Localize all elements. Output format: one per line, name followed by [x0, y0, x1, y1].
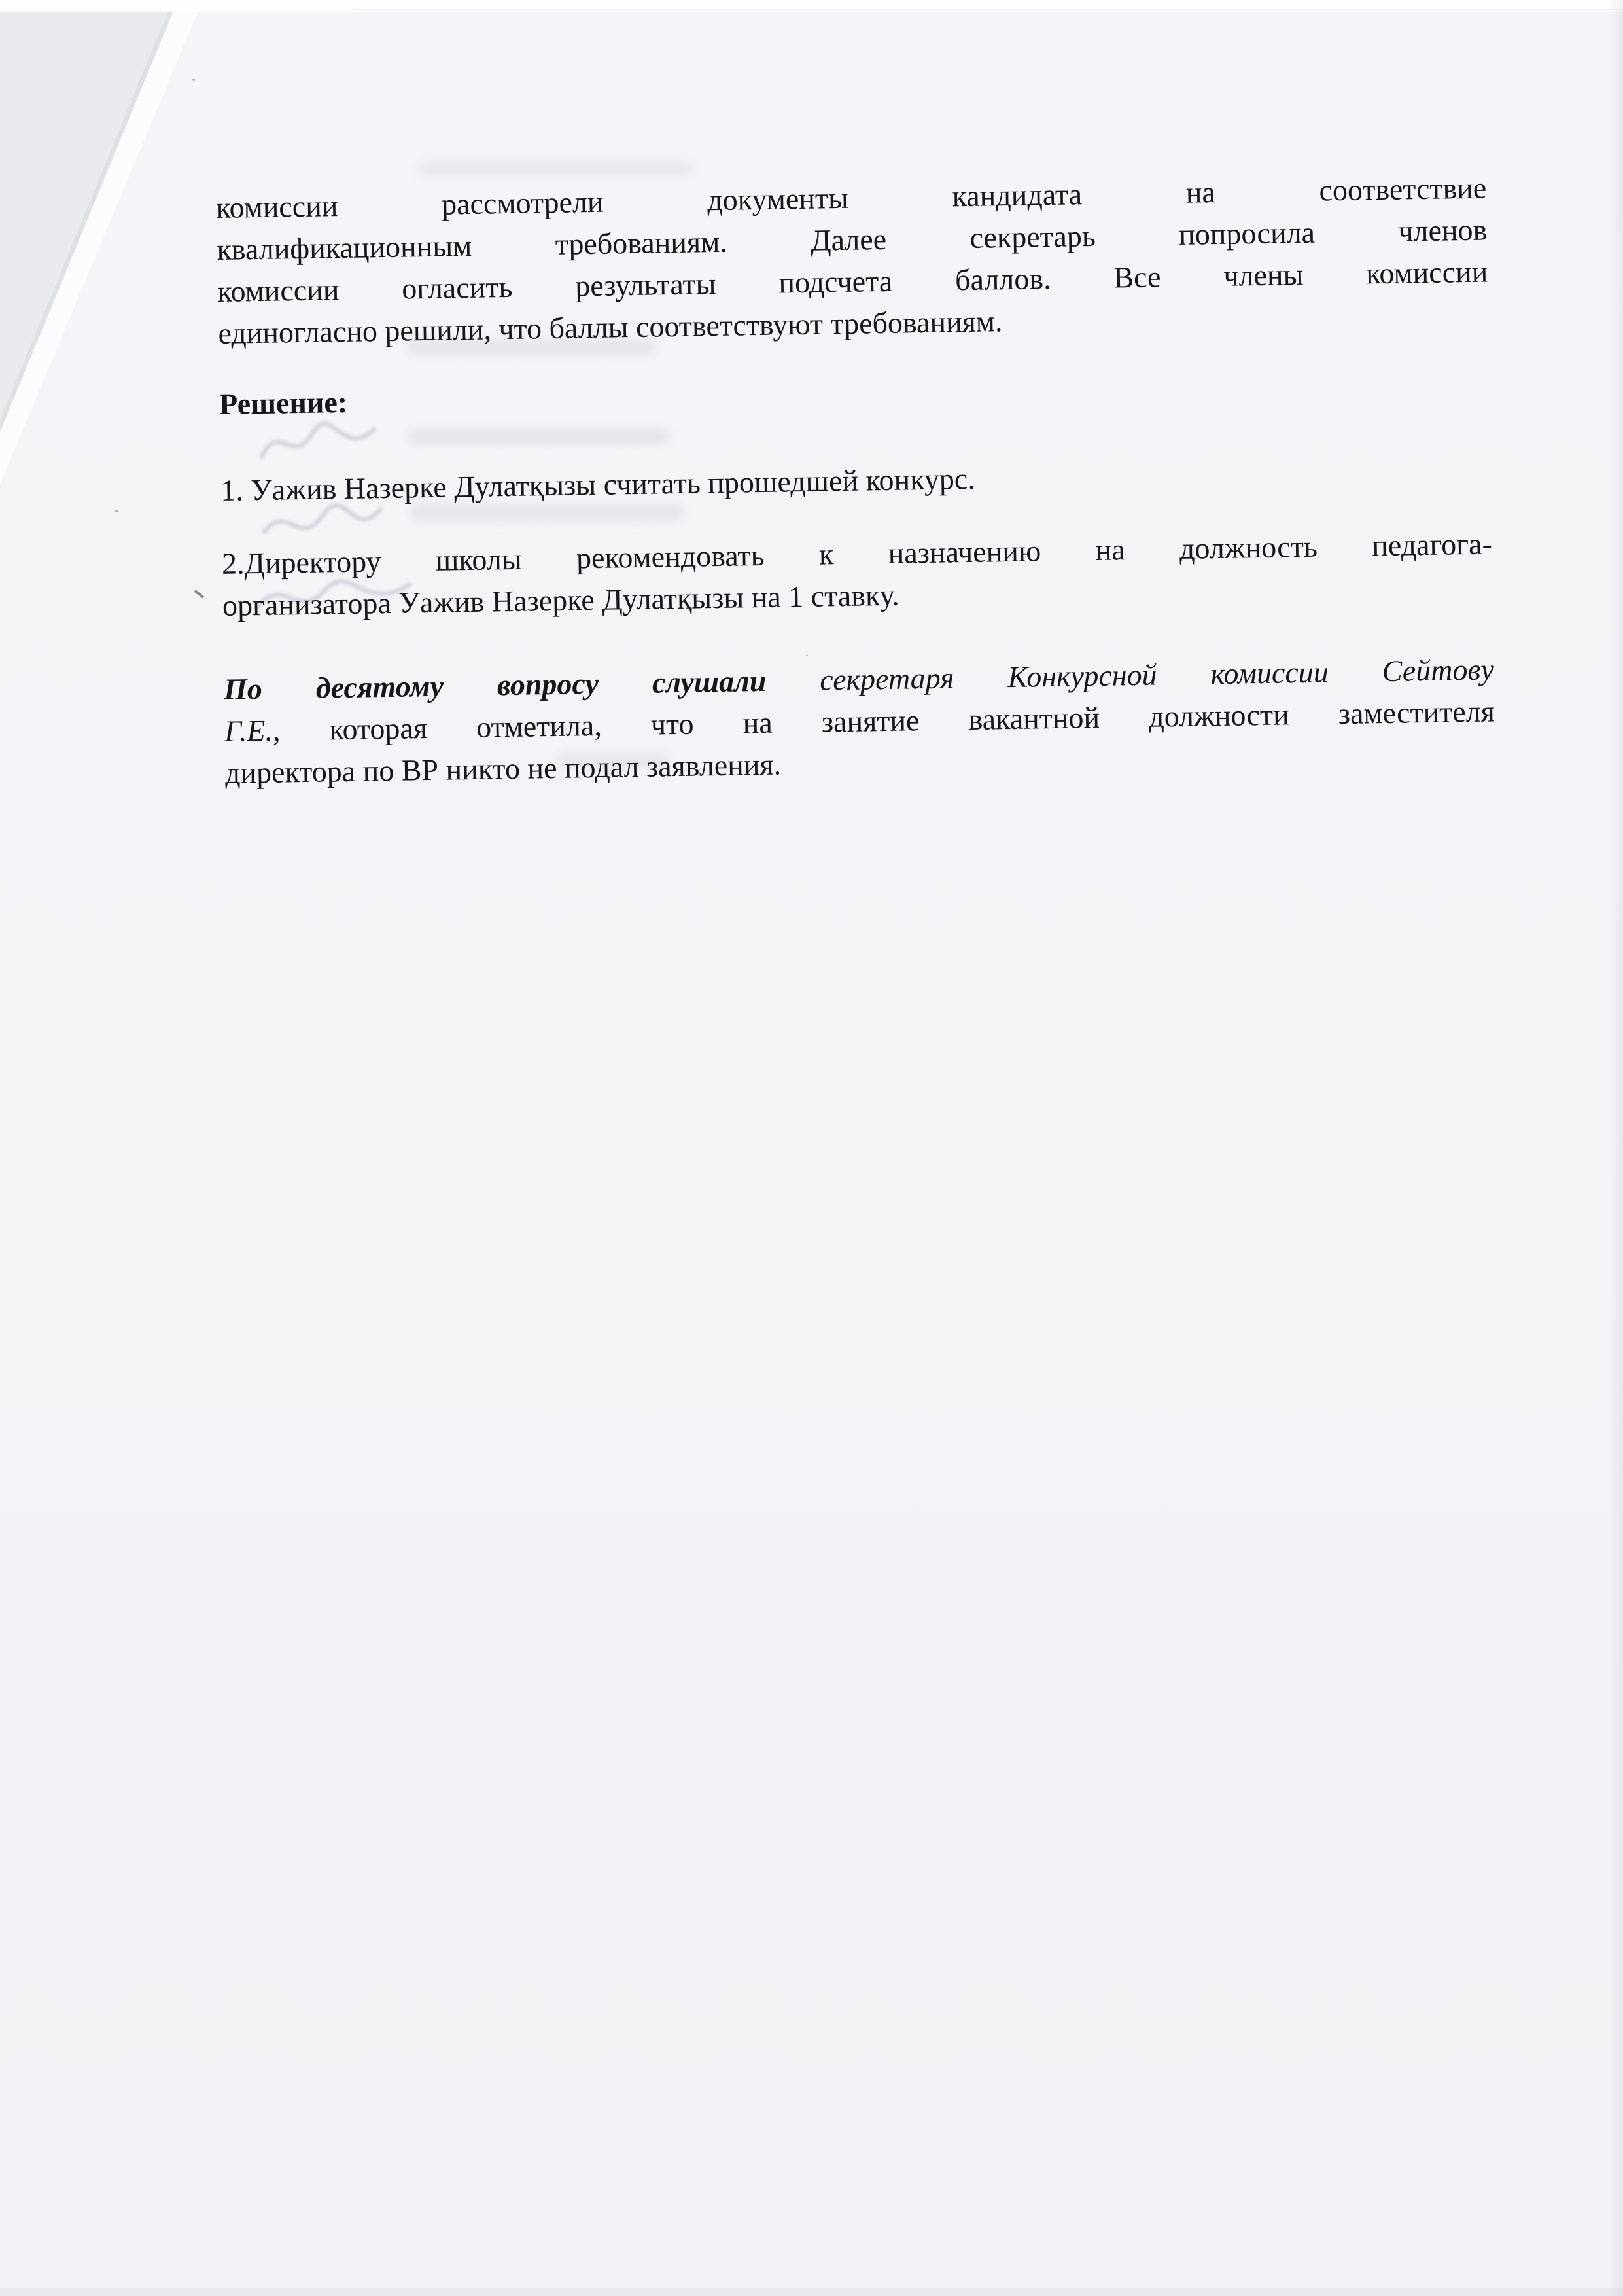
- dust-speck: [115, 510, 118, 512]
- text-segment: секретаря Конкурсной комиссии Сейтову: [820, 652, 1494, 696]
- scanned-document-page: { "document": { "paragraph_main": { "lin…: [0, 0, 1623, 2296]
- text-segment: По десятому вопросу слушали: [224, 664, 767, 706]
- text-line: 1. Уажив Назерке Дулатқызы считать проше…: [220, 450, 1492, 511]
- text-segment: Г.Е.,: [224, 714, 281, 748]
- document-text: комиссии рассмотрели документы кандидата…: [213, 0, 1519, 2296]
- scan-right-shadow: [1609, 0, 1623, 2296]
- dust-speck: [192, 79, 195, 81]
- text-line: Решение:: [219, 363, 1490, 425]
- scanner-background-wedge: [0, 0, 173, 420]
- paragraph-question-10: По десятому вопросу слушали секретаря Ко…: [224, 648, 1496, 794]
- scan-bottom-shadow: [0, 2288, 1623, 2296]
- decision-heading: Решение:: [219, 363, 1490, 425]
- paragraph-scores: комиссии рассмотрели документы кандидата…: [216, 167, 1489, 354]
- decision-item-2: 2.Директору школы рекомендовать к назнач…: [222, 523, 1493, 626]
- pen-tick-mark: [194, 590, 205, 599]
- decision-item-1: 1. Уажив Назерке Дулатқызы считать проше…: [220, 450, 1492, 511]
